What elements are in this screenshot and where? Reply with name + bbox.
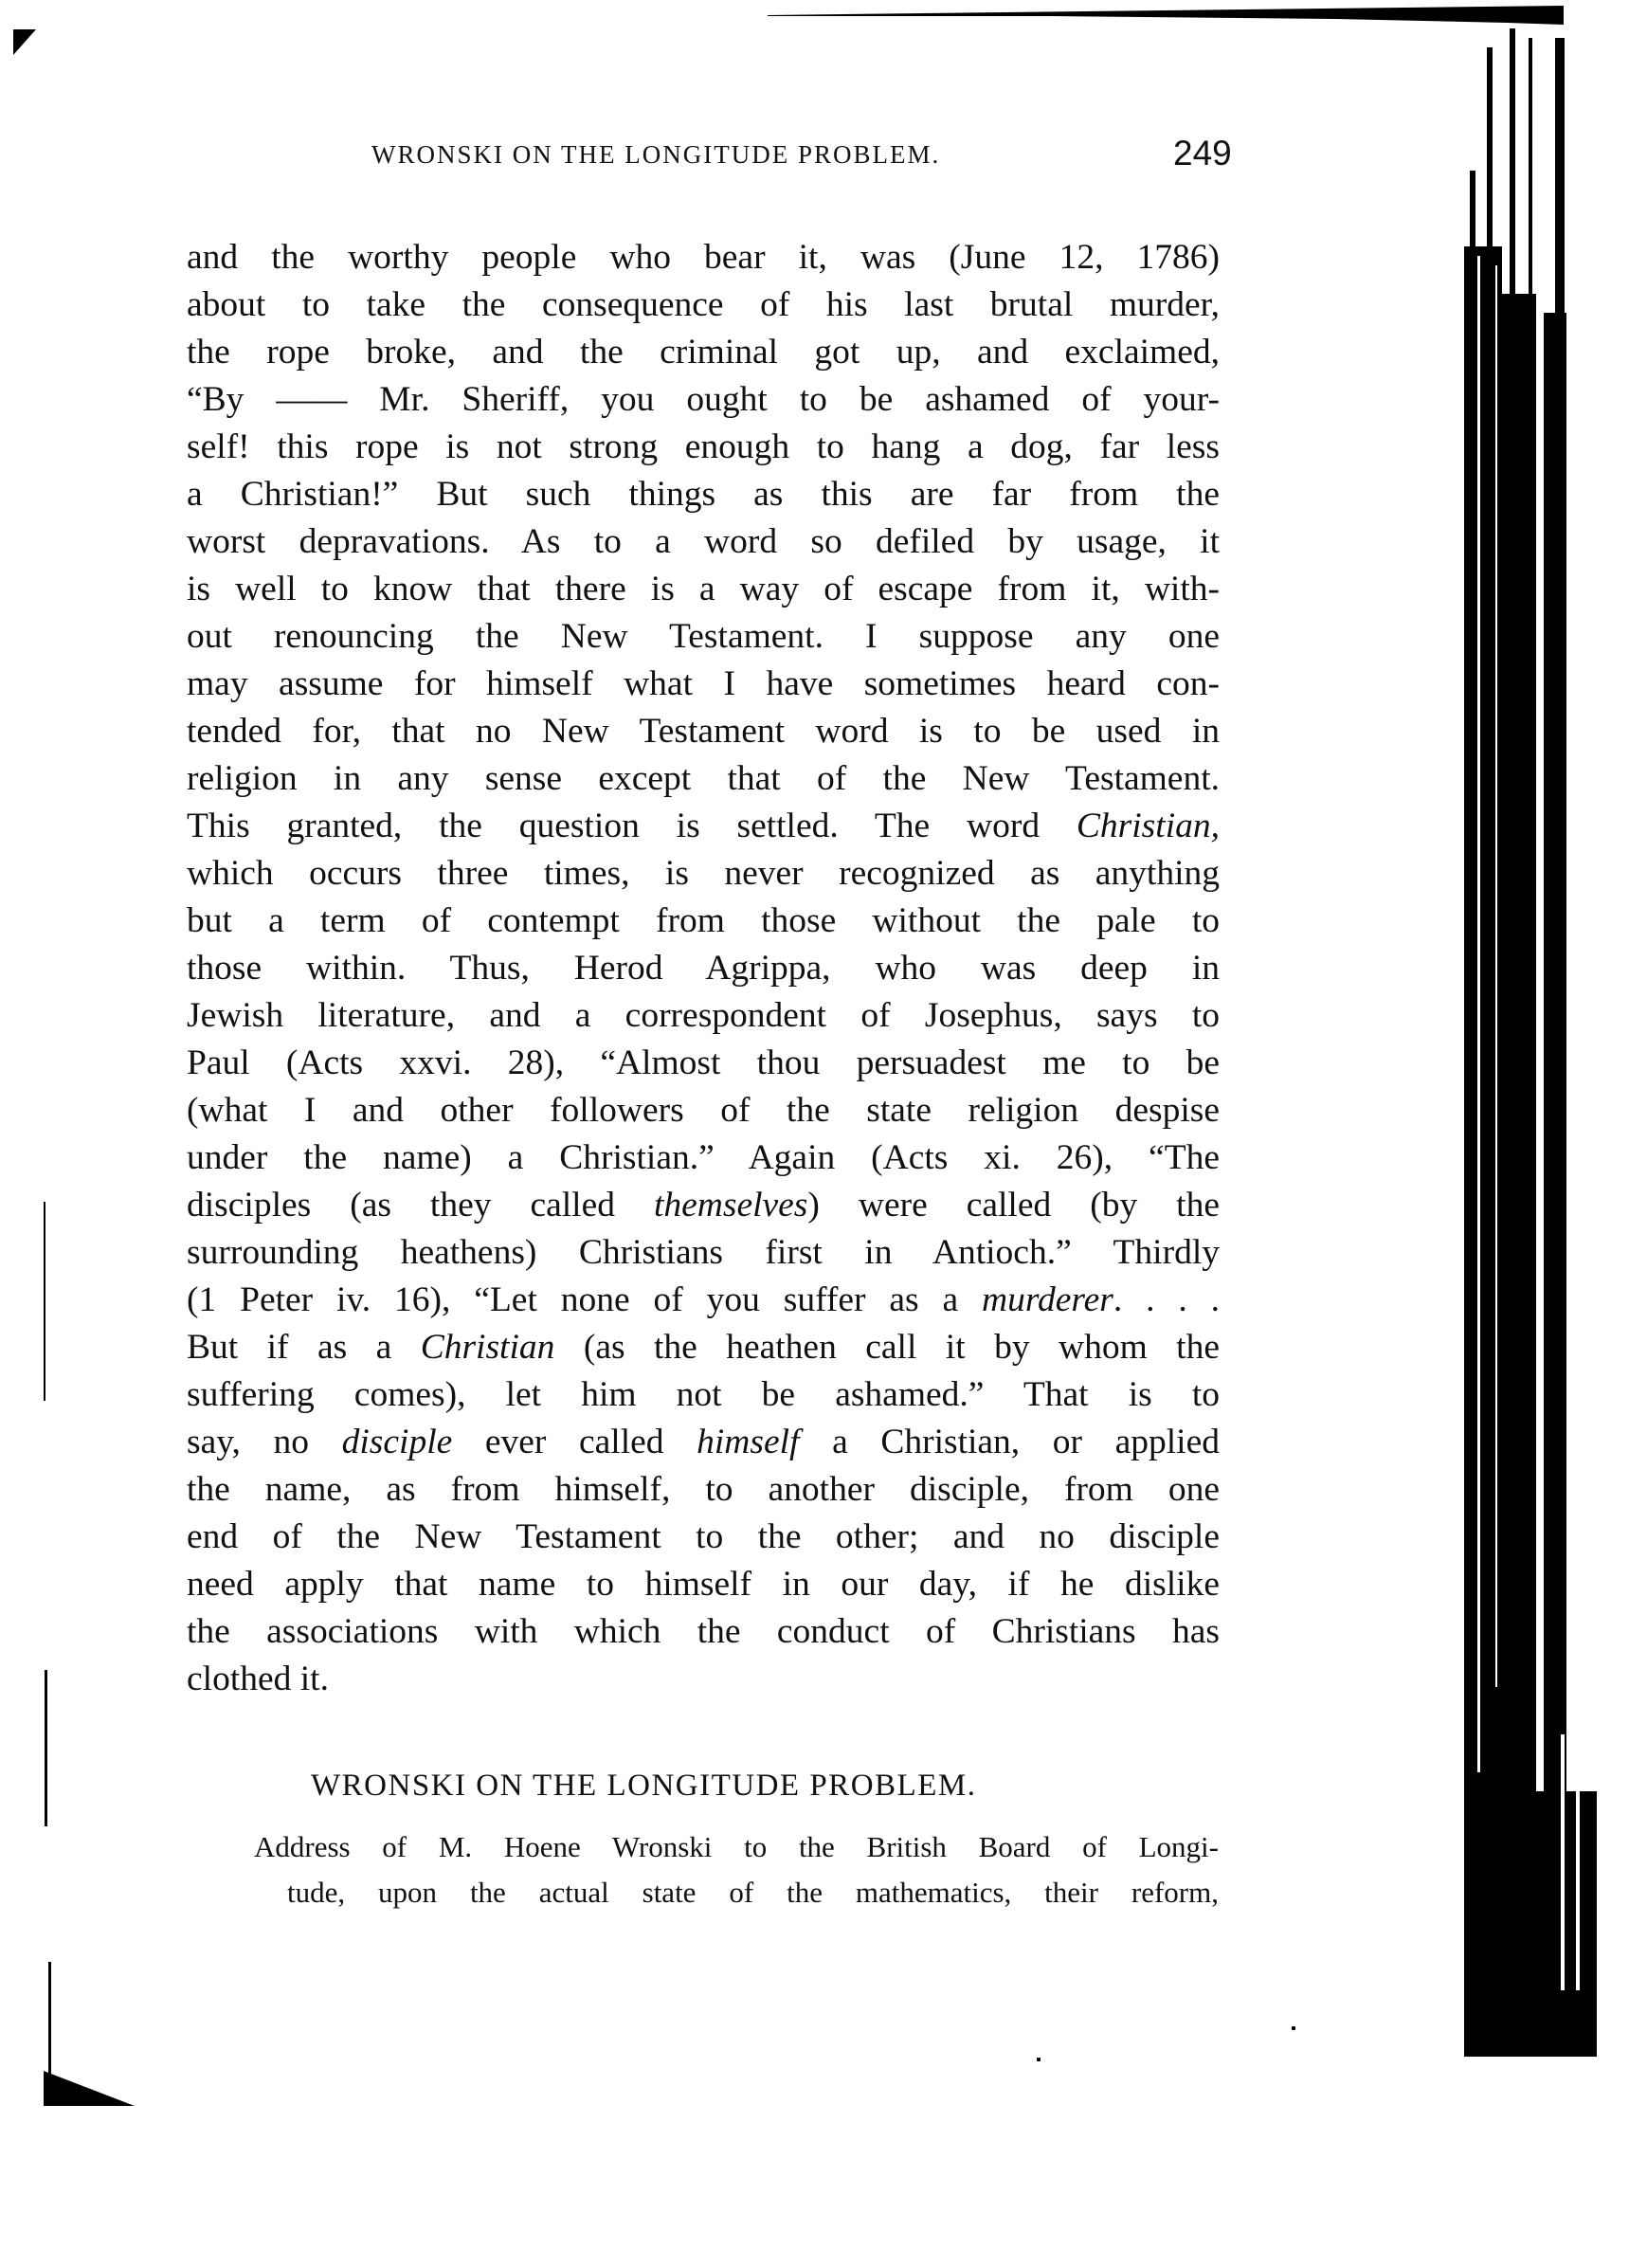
body-line: may assume for himself what I have somet… [187,661,1220,708]
body-line: “By —— Mr. Sheriff, you ought to be asha… [187,376,1220,424]
body-line: under the name) a Christian.” Again (Act… [187,1134,1220,1182]
italic-word: themselves [654,1186,807,1225]
body-line: need apply that name to himself in our d… [187,1561,1220,1608]
body-line: the name, as from himself, to another di… [187,1466,1220,1514]
scan-corner-mark-top-left [13,29,36,55]
body-line: say, no disciple ever called himself a C… [187,1419,1220,1466]
body-line: religion in any sense except that of the… [187,755,1220,803]
body-line: worst depravations. As to a word so defi… [187,518,1220,566]
body-line: (1 Peter iv. 16), “Let none of you suffe… [187,1277,1220,1324]
scan-corner-mark-bottom-left [44,2071,135,2106]
italic-word: himself [697,1423,799,1461]
body-line: clothed it. [187,1656,1220,1703]
section-subhead: Address of M. Hoene Wronski to the Briti… [254,1824,1219,1915]
body-line: end of the New Testament to the other; a… [187,1514,1220,1561]
running-head: WRONSKI ON THE LONGITUDE PROBLEM. [371,140,1054,170]
body-line: tended for, that no New Testament word i… [187,708,1220,755]
body-line: the rope broke, and the criminal got up,… [187,329,1220,376]
italic-word: Christian, [1077,807,1220,845]
scan-top-edge-shadow [768,6,1564,25]
scan-left-margin-line [45,1670,47,1826]
body-line: those within. Thus, Herod Agrippa, who w… [187,945,1220,992]
italic-word: murderer [982,1280,1113,1319]
subhead-line: tude, upon the actual state of the mathe… [254,1870,1219,1915]
body-line: suffering comes), let him not be ashamed… [187,1371,1220,1419]
body-line: out renouncing the New Testament. I supp… [187,613,1220,661]
body-line: (what I and other followers of the state… [187,1087,1220,1134]
body-line: but a term of contempt from those withou… [187,898,1220,945]
scan-left-margin-line [48,1962,51,2080]
page-number: 249 [1173,134,1232,173]
body-line: But if as a Christian (as the heathen ca… [187,1324,1220,1371]
book-page-edge-strip [1464,28,1597,2057]
body-line: self! this rope is not strong enough to … [187,424,1220,471]
body-line: Paul (Acts xxvi. 28), “Almost thou persu… [187,1040,1220,1087]
body-line: disciples (as they called themselves) we… [187,1182,1220,1229]
body-line: which occurs three times, is never recog… [187,850,1220,898]
italic-word: Christian [421,1328,555,1367]
body-text: and the worthy people who bear it, was (… [187,234,1220,1703]
italic-word: disciple [342,1423,453,1461]
body-line: Jewish literature, and a correspondent o… [187,992,1220,1040]
body-line: the associations with which the conduct … [187,1608,1220,1656]
body-line: a Christian!” But such things as this ar… [187,471,1220,518]
body-line: is well to know that there is a way of e… [187,566,1220,613]
body-line: This granted, the question is settled. T… [187,803,1220,850]
section-heading: WRONSKI ON THE LONGITUDE PROBLEM. [311,1769,1126,1804]
scan-speck [1292,2026,1295,2030]
subhead-line: Address of M. Hoene Wronski to the Briti… [254,1824,1219,1870]
body-line: and the worthy people who bear it, was (… [187,234,1220,281]
scan-left-margin-line [44,1202,45,1401]
body-line: surrounding heathens) Christians first i… [187,1229,1220,1277]
scan-speck [1037,2058,1041,2061]
body-line: about to take the consequence of his las… [187,281,1220,329]
